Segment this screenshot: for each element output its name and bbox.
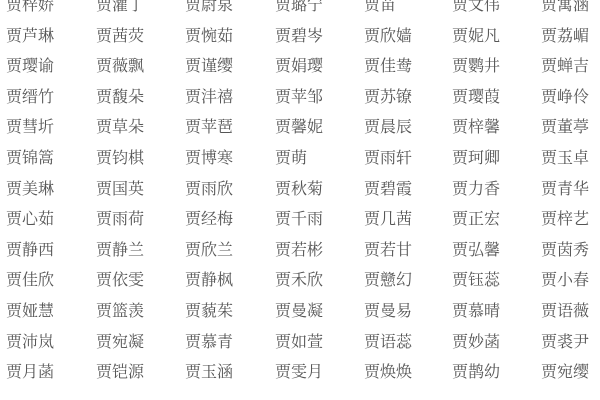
name-cell: 贾尉泉: [185, 0, 233, 20]
name-cell: 贾峥伶: [541, 82, 589, 112]
name-cell: 贾鹦井: [452, 51, 500, 81]
name-cell: 贾珂卿: [452, 143, 500, 173]
name-cell: 贾萌: [275, 143, 307, 173]
name-cell: 贾茵秀: [541, 235, 589, 265]
name-row: 贾彗圻贾草朵贾苹琶贾馨妮贾晨辰贾梓馨贾董葶: [0, 112, 600, 143]
name-cell: 贾梓娇: [6, 0, 54, 20]
name-cell: 贾璐宁: [275, 0, 323, 20]
name-cell: 贾青华: [541, 174, 589, 204]
name-cell: 贾钰蕊: [452, 265, 500, 295]
name-cell: 贾薇飘: [96, 51, 144, 81]
name-cell: 贾欣兰: [185, 235, 233, 265]
name-cell: 贾曼凝: [275, 296, 323, 326]
name-cell: 贾梓艺: [541, 204, 589, 234]
name-cell: 贾苹邹: [275, 82, 323, 112]
name-row: 贾静西贾静兰贾欣兰贾若彬贾若甘贾弘馨贾茵秀: [0, 235, 600, 266]
name-cell: 贾苗: [364, 0, 396, 20]
name-cell: 贾慕青: [185, 327, 233, 357]
name-list-grid: 贾梓娇贾灌丁贾尉泉贾璐宁贾苗贾文伟贾寓涵贾芦琳贾茜荧贾惋茹贾碧岑贾欣嫱贾妮凡贾荔…: [0, 0, 600, 388]
name-cell: 贾苹琶: [185, 112, 233, 142]
name-row: 贾锦篙贾钧棋贾博寒贾萌贾雨轩贾珂卿贾玉卓: [0, 143, 600, 174]
name-cell: 贾秋菊: [275, 174, 323, 204]
name-row: 贾沛岚贾宛凝贾慕青贾如萱贾语蕊贾妙菡贾裘尹: [0, 327, 600, 358]
name-cell: 贾鹊幼: [452, 357, 500, 387]
name-row: 贾缙竹贾馥朵贾沣禧贾苹邹贾苏镣贾璎葭贾峥伶: [0, 82, 600, 113]
name-cell: 贾铠源: [96, 357, 144, 387]
name-cell: 贾千雨: [275, 204, 323, 234]
name-cell: 贾经梅: [185, 204, 233, 234]
name-cell: 贾茜荧: [96, 21, 144, 51]
name-cell: 贾语薇: [541, 296, 589, 326]
name-cell: 贾静枫: [185, 265, 233, 295]
name-cell: 贾妙菡: [452, 327, 500, 357]
name-cell: 贾若甘: [364, 235, 412, 265]
name-cell: 贾缙竹: [6, 82, 54, 112]
name-cell: 贾焕焕: [364, 357, 412, 387]
name-cell: 贾静兰: [96, 235, 144, 265]
name-cell: 贾如萱: [275, 327, 323, 357]
name-cell: 贾寓涵: [541, 0, 589, 20]
name-row: 贾心茹贾雨荷贾经梅贾千雨贾几茜贾正宏贾梓艺: [0, 204, 600, 235]
name-cell: 贾博寒: [185, 143, 233, 173]
name-cell: 贾妮凡: [452, 21, 500, 51]
name-row: 贾璎谕贾薇飘贾谨缨贾娟璎贾佳鸯贾鹦井贾蝉吉: [0, 51, 600, 82]
name-cell: 贾几茜: [364, 204, 412, 234]
name-cell: 贾娅慧: [6, 296, 54, 326]
name-cell: 贾碧岑: [275, 21, 323, 51]
name-cell: 贾馥朵: [96, 82, 144, 112]
name-cell: 贾玉卓: [541, 143, 589, 173]
name-cell: 贾荔嵋: [541, 21, 589, 51]
name-row: 贾梓娇贾灌丁贾尉泉贾璐宁贾苗贾文伟贾寓涵: [0, 0, 600, 21]
name-cell: 贾草朵: [96, 112, 144, 142]
name-cell: 贾国英: [96, 174, 144, 204]
name-cell: 贾慕晴: [452, 296, 500, 326]
name-cell: 贾雨荷: [96, 204, 144, 234]
name-cell: 贾钧棋: [96, 143, 144, 173]
name-cell: 贾惋茹: [185, 21, 233, 51]
name-cell: 贾蝉吉: [541, 51, 589, 81]
name-cell: 贾佳欣: [6, 265, 54, 295]
name-cell: 贾若彬: [275, 235, 323, 265]
name-cell: 贾锦篙: [6, 143, 54, 173]
name-cell: 贾宛凝: [96, 327, 144, 357]
name-cell: 贾静西: [6, 235, 54, 265]
name-cell: 贾篮羡: [96, 296, 144, 326]
name-cell: 贾语蕊: [364, 327, 412, 357]
name-cell: 贾文伟: [452, 0, 500, 20]
name-cell: 贾小春: [541, 265, 589, 295]
name-row: 贾月菡贾铠源贾玉涵贾雯月贾焕焕贾鹊幼贾宛缨: [0, 357, 600, 388]
name-cell: 贾梓馨: [452, 112, 500, 142]
name-cell: 贾藐茱: [185, 296, 233, 326]
name-cell: 贾馨妮: [275, 112, 323, 142]
name-cell: 贾正宏: [452, 204, 500, 234]
name-cell: 贾苏镣: [364, 82, 412, 112]
name-cell: 贾心茹: [6, 204, 54, 234]
name-row: 贾芦琳贾茜荧贾惋茹贾碧岑贾欣嫱贾妮凡贾荔嵋: [0, 21, 600, 52]
name-cell: 贾玉涵: [185, 357, 233, 387]
name-cell: 贾璎谕: [6, 51, 54, 81]
name-cell: 贾力香: [452, 174, 500, 204]
name-cell: 贾彗圻: [6, 112, 54, 142]
name-cell: 贾宛缨: [541, 357, 589, 387]
name-cell: 贾雨欣: [185, 174, 233, 204]
name-cell: 贾晨辰: [364, 112, 412, 142]
name-cell: 贾雯月: [275, 357, 323, 387]
name-cell: 贾沛岚: [6, 327, 54, 357]
name-cell: 贾璎葭: [452, 82, 500, 112]
name-cell: 贾曼易: [364, 296, 412, 326]
name-cell: 贾禾欣: [275, 265, 323, 295]
name-cell: 贾裘尹: [541, 327, 589, 357]
name-cell: 贾美琳: [6, 174, 54, 204]
name-cell: 贾戆幻: [364, 265, 412, 295]
name-cell: 贾沣禧: [185, 82, 233, 112]
name-cell: 贾娟璎: [275, 51, 323, 81]
name-row: 贾娅慧贾篮羡贾藐茱贾曼凝贾曼易贾慕晴贾语薇: [0, 296, 600, 327]
name-cell: 贾依雯: [96, 265, 144, 295]
name-row: 贾美琳贾国英贾雨欣贾秋菊贾碧霞贾力香贾青华: [0, 174, 600, 205]
name-cell: 贾谨缨: [185, 51, 233, 81]
name-cell: 贾董葶: [541, 112, 589, 142]
name-cell: 贾雨轩: [364, 143, 412, 173]
name-cell: 贾欣嫱: [364, 21, 412, 51]
name-row: 贾佳欣贾依雯贾静枫贾禾欣贾戆幻贾钰蕊贾小春: [0, 265, 600, 296]
name-cell: 贾月菡: [6, 357, 54, 387]
name-cell: 贾碧霞: [364, 174, 412, 204]
name-cell: 贾灌丁: [96, 0, 144, 20]
name-cell: 贾佳鸯: [364, 51, 412, 81]
name-cell: 贾芦琳: [6, 21, 54, 51]
name-cell: 贾弘馨: [452, 235, 500, 265]
